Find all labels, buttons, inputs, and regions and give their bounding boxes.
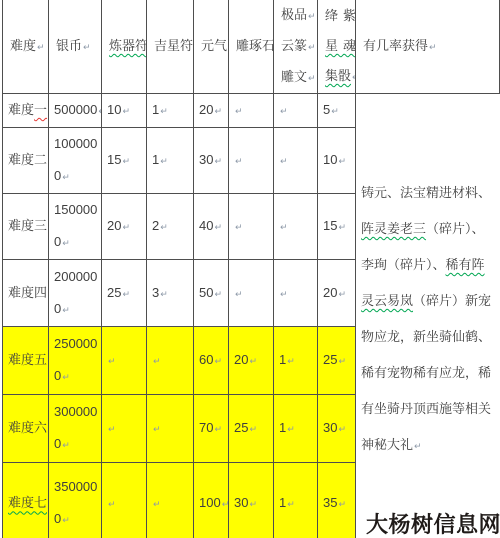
cell-supreme-cloud-seal-carving: 1↵ [274, 463, 318, 538]
notes-cell: 铸元、法宝精进材料、阵灵姜老三（碎片）、李珣（碎片）、稀有阵灵云易岚（碎片）新宠… [356, 94, 500, 538]
cell-purple-star-soul-dice: 10↵ [318, 128, 356, 194]
return-mark-icon: ↵ [108, 424, 116, 434]
cell-refine-talisman: ↵ [102, 463, 147, 538]
cell-refine-talisman: 15↵ [102, 128, 147, 194]
cell-carving-stone: ↵ [229, 94, 274, 128]
cell-supreme-cloud-seal-carving: ↵ [274, 94, 318, 128]
cell-carving-stone: 30↵ [229, 463, 274, 538]
return-mark-icon: ↵ [249, 499, 257, 509]
cell-refine-talisman: 10↵ [102, 94, 147, 128]
return-mark-icon: ↵ [235, 289, 243, 299]
cell-silver-coins: 2000000↵ [49, 260, 102, 327]
cell-purple-star-soul-dice: 15↵ [318, 194, 356, 260]
header-carving-stone: 雕琢石↵ [229, 0, 274, 94]
cell-difficulty: 难度四↵ [3, 260, 49, 327]
return-mark-icon: ↵ [235, 106, 243, 116]
return-mark-icon: ↵ [160, 289, 168, 299]
return-mark-icon: ↵ [62, 515, 70, 525]
cell-lucky-star-talisman: 1↵ [147, 94, 194, 128]
cell-purple-star-soul-dice: 20↵ [318, 260, 356, 327]
cell-supreme-cloud-seal-carving: 1↵ [274, 395, 318, 463]
return-mark-icon: ↵ [122, 289, 130, 299]
cell-difficulty: 难度七↵ [3, 463, 49, 538]
return-mark-icon: ↵ [338, 499, 346, 509]
header-vitality: 元气↵ [194, 0, 229, 94]
cell-refine-talisman: ↵ [102, 395, 147, 463]
cell-purple-star-soul-dice: 25↵ [318, 327, 356, 395]
return-mark-icon: ↵ [153, 356, 161, 366]
cell-purple-star-soul-dice: 35↵ [318, 463, 356, 538]
return-mark-icon: ↵ [287, 499, 295, 509]
cell-supreme-cloud-seal-carving: ↵ [274, 260, 318, 327]
cell-vitality: 40↵ [194, 194, 229, 260]
cell-refine-talisman: 25↵ [102, 260, 147, 327]
return-mark-icon: ↵ [37, 42, 45, 52]
cell-silver-coins: 1000000↵ [49, 128, 102, 194]
cell-refine-talisman: 20↵ [102, 194, 147, 260]
return-mark-icon: ↵ [122, 156, 130, 166]
header-lucky-star-talisman: 吉星符↵ [147, 0, 194, 94]
cell-difficulty: 难度三↵ [3, 194, 49, 260]
cell-difficulty: 难度一↵ [3, 94, 49, 128]
return-mark-icon: ↵ [160, 106, 168, 116]
return-mark-icon: ↵ [287, 424, 295, 434]
reward-table: 难度↵银币↵炼器符↵吉星符↵元气↵雕琢石↵极品↵云篆↵雕文↵绛紫星魂集骰↵有几率… [2, 0, 500, 538]
return-mark-icon: ↵ [122, 222, 130, 232]
return-mark-icon: ↵ [160, 156, 168, 166]
cell-difficulty: 难度六↵ [3, 395, 49, 463]
return-mark-icon: ↵ [214, 424, 222, 434]
cell-silver-coins: 2500000↵ [49, 327, 102, 395]
cell-carving-stone: ↵ [229, 260, 274, 327]
cell-purple-star-soul-dice: 30↵ [318, 395, 356, 463]
cell-supreme-cloud-seal-carving: ↵ [274, 194, 318, 260]
return-mark-icon: ↵ [308, 11, 316, 21]
return-mark-icon: ↵ [214, 106, 222, 116]
cell-difficulty: 难度五↵ [3, 327, 49, 395]
return-mark-icon: ↵ [62, 305, 70, 315]
return-mark-icon: ↵ [308, 42, 316, 52]
return-mark-icon: ↵ [280, 156, 288, 166]
return-mark-icon: ↵ [153, 424, 161, 434]
cell-supreme-cloud-seal-carving: 1↵ [274, 327, 318, 395]
return-mark-icon: ↵ [287, 356, 295, 366]
return-mark-icon: ↵ [280, 289, 288, 299]
cell-carving-stone: 25↵ [229, 395, 274, 463]
return-mark-icon: ↵ [62, 440, 70, 450]
header-chance-rewards: 有几率获得↵ [356, 0, 500, 94]
header-refine-talisman: 炼器符↵ [102, 0, 147, 94]
cell-vitality: 60↵ [194, 327, 229, 395]
cell-vitality: 50↵ [194, 260, 229, 327]
cell-carving-stone: ↵ [229, 194, 274, 260]
return-mark-icon: ↵ [338, 356, 346, 366]
header-difficulty: 难度↵ [3, 0, 49, 94]
cell-silver-coins: 500000↵ [49, 94, 102, 128]
cell-difficulty: 难度二↵ [3, 128, 49, 194]
cell-carving-stone: ↵ [229, 128, 274, 194]
return-mark-icon: ↵ [338, 222, 346, 232]
cell-silver-coins: 1500000↵ [49, 194, 102, 260]
return-mark-icon: ↵ [62, 372, 70, 382]
return-mark-icon: ↵ [249, 356, 257, 366]
cell-vitality: 30↵ [194, 128, 229, 194]
cell-vitality: 100↵ [194, 463, 229, 538]
header-supreme-cloud-seal-carving: 极品↵云篆↵雕文↵ [274, 0, 318, 94]
return-mark-icon: ↵ [214, 156, 222, 166]
table-row: 难度一↵500000↵10↵1↵20↵↵↵5↵铸元、法宝精进材料、阵灵姜老三（碎… [3, 94, 500, 128]
return-mark-icon: ↵ [108, 356, 116, 366]
return-mark-icon: ↵ [280, 222, 288, 232]
return-mark-icon: ↵ [414, 441, 422, 451]
return-mark-icon: ↵ [153, 499, 161, 509]
return-mark-icon: ↵ [62, 172, 70, 182]
cell-lucky-star-talisman: ↵ [147, 463, 194, 538]
cell-lucky-star-talisman: ↵ [147, 395, 194, 463]
return-mark-icon: ↵ [338, 424, 346, 434]
table-body: 难度一↵500000↵10↵1↵20↵↵↵5↵铸元、法宝精进材料、阵灵姜老三（碎… [3, 94, 500, 538]
cell-silver-coins: 3000000↵ [49, 395, 102, 463]
cell-lucky-star-talisman: ↵ [147, 327, 194, 395]
return-mark-icon: ↵ [108, 499, 116, 509]
cell-supreme-cloud-seal-carving: ↵ [274, 128, 318, 194]
cell-vitality: 70↵ [194, 395, 229, 463]
return-mark-icon: ↵ [331, 106, 339, 116]
return-mark-icon: ↵ [249, 424, 257, 434]
cell-silver-coins: 3500000↵ [49, 463, 102, 538]
cell-lucky-star-talisman: 2↵ [147, 194, 194, 260]
return-mark-icon: ↵ [62, 238, 70, 248]
header-silver-coins: 银币↵ [49, 0, 102, 94]
return-mark-icon: ↵ [308, 73, 316, 83]
cell-carving-stone: 20↵ [229, 327, 274, 395]
return-mark-icon: ↵ [160, 222, 168, 232]
return-mark-icon: ↵ [338, 156, 346, 166]
cell-lucky-star-talisman: 3↵ [147, 260, 194, 327]
return-mark-icon: ↵ [429, 42, 437, 52]
header-purple-star-soul-dice: 绛紫星魂集骰↵ [318, 0, 356, 94]
return-mark-icon: ↵ [352, 72, 355, 82]
cell-lucky-star-talisman: 1↵ [147, 128, 194, 194]
return-mark-icon: ↵ [280, 106, 288, 116]
cell-purple-star-soul-dice: 5↵ [318, 94, 356, 128]
return-mark-icon: ↵ [235, 222, 243, 232]
return-mark-icon: ↵ [214, 222, 222, 232]
return-mark-icon: ↵ [235, 156, 243, 166]
return-mark-icon: ↵ [83, 42, 91, 52]
return-mark-icon: ↵ [222, 499, 229, 509]
header-row: 难度↵银币↵炼器符↵吉星符↵元气↵雕琢石↵极品↵云篆↵雕文↵绛紫星魂集骰↵有几率… [3, 0, 500, 94]
watermark: 大杨树信息网 [366, 508, 500, 538]
screenshot-root: 难度↵银币↵炼器符↵吉星符↵元气↵雕琢石↵极品↵云篆↵雕文↵绛紫星魂集骰↵有几率… [0, 0, 500, 538]
return-mark-icon: ↵ [338, 289, 346, 299]
cell-refine-talisman: ↵ [102, 327, 147, 395]
return-mark-icon: ↵ [122, 106, 130, 116]
return-mark-icon: ↵ [214, 289, 222, 299]
cell-vitality: 20↵ [194, 94, 229, 128]
return-mark-icon: ↵ [214, 356, 222, 366]
